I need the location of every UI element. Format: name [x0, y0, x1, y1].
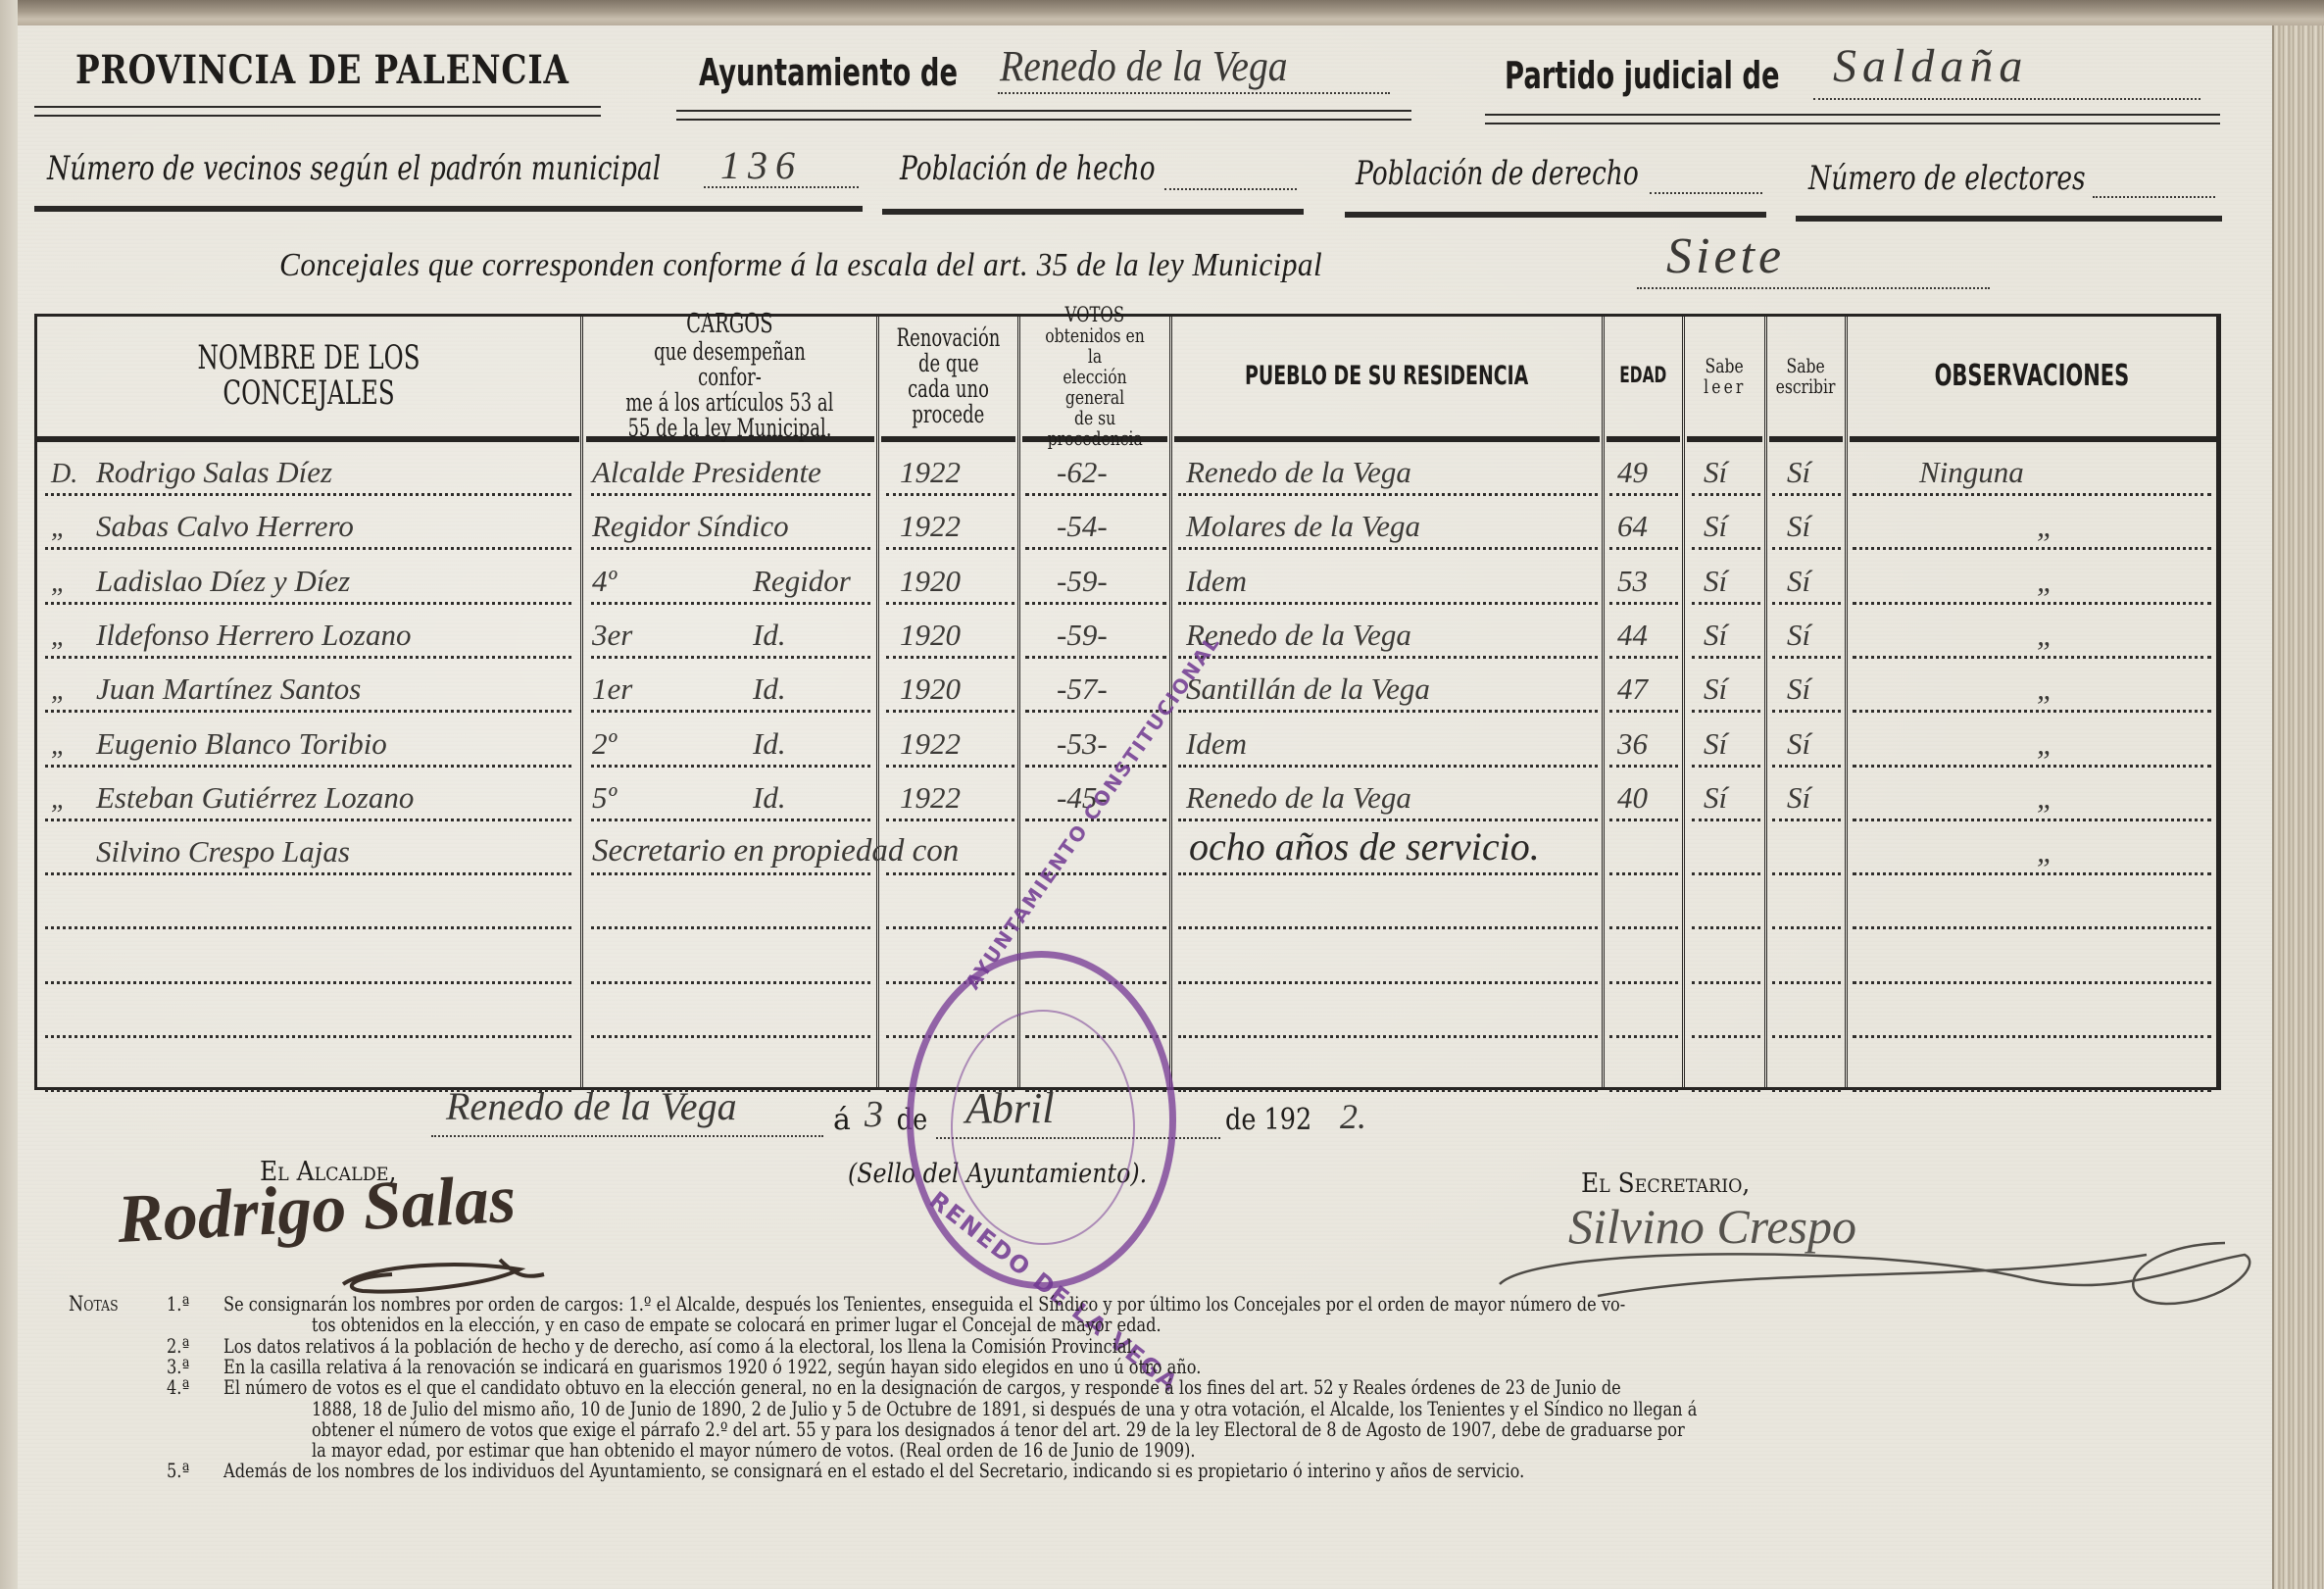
votos-line: VOTOS: [1065, 304, 1125, 325]
cell-leer[interactable]: Sí: [1704, 726, 1727, 762]
date-year-digit[interactable]: 2.: [1340, 1096, 1366, 1137]
cell-escribir[interactable]: Sí: [1787, 618, 1810, 653]
province-title: PROVINCIA DE PALENCIA: [75, 47, 569, 93]
line2-rule-1: [34, 206, 863, 212]
col-header-cargos: CARGOS que desempeñan confor- me á los a…: [583, 317, 876, 436]
ayuntamiento-rule: [676, 110, 1411, 121]
ayuntamiento-value[interactable]: Renedo de la Vega: [1000, 41, 1288, 91]
cell-prefix[interactable]: „: [51, 513, 67, 544]
book-top-edge: [0, 0, 2324, 25]
note-number: 1.ª: [167, 1294, 189, 1315]
table-row: Silvino Crespo LajasSecretario en propie…: [37, 821, 2216, 875]
cell-nombre[interactable]: Silvino Crespo Lajas: [96, 834, 350, 869]
cell-renovacion[interactable]: 1922: [900, 509, 961, 544]
cell-leer[interactable]: Sí: [1704, 671, 1727, 707]
cell-nombre[interactable]: Juan Martínez Santos: [96, 671, 361, 707]
cell-prefix[interactable]: „: [51, 730, 67, 762]
poblacion-hecho-label: Población de hecho: [900, 149, 1156, 188]
votos-line: obtenidos en la: [1037, 325, 1154, 367]
line2-rule-4: [1796, 216, 2222, 222]
cell-edad[interactable]: 36: [1617, 726, 1648, 762]
table-row-empty: [37, 930, 2216, 984]
edad-label: EDAD: [1619, 365, 1666, 387]
stamp-inner-ring: [951, 1010, 1135, 1245]
pueblo-label: PUEBLO DE SU RESIDENCIA: [1245, 363, 1528, 390]
leer-line: leer: [1704, 376, 1746, 397]
secretario-label: El Secretario,: [1581, 1168, 1750, 1199]
leer-line: Sabe: [1706, 356, 1744, 376]
cell-cargo-a[interactable]: Regidor Síndico: [592, 509, 789, 544]
votos-line: elección general: [1037, 367, 1154, 408]
line2-rule-2: [882, 209, 1304, 215]
cell-prefix[interactable]: „: [51, 621, 67, 653]
vecinos-field-line: [704, 186, 859, 188]
cell-leer[interactable]: Sí: [1704, 564, 1727, 599]
cell-leer[interactable]: Sí: [1704, 780, 1727, 816]
cell-edad[interactable]: 47: [1617, 671, 1648, 707]
note-number: 4.ª: [167, 1377, 189, 1398]
cell-nombre[interactable]: Ladislao Díez y Díez: [96, 564, 350, 599]
row-rule: [1609, 1089, 1678, 1092]
cell-prefix[interactable]: „: [51, 784, 67, 816]
note-text-line: la mayor edad, por estimar que han obten…: [312, 1440, 1196, 1461]
cell-escribir[interactable]: Sí: [1787, 564, 1810, 599]
cell-votos[interactable]: -57-: [1057, 671, 1108, 707]
note-text-line: Además de los nombres de los individuos …: [223, 1461, 1524, 1481]
cell-cargo-a[interactable]: 4º: [592, 564, 617, 599]
note-text-line: obtener el número de votos que exige el …: [312, 1419, 1685, 1440]
cell-votos[interactable]: -59-: [1057, 564, 1108, 599]
cell-pueblo[interactable]: Renedo de la Vega: [1186, 455, 1411, 490]
cell-obs[interactable]: „: [2037, 564, 2053, 599]
cell-cargo-b[interactable]: Id.: [753, 780, 786, 816]
cell-nombre[interactable]: Eugenio Blanco Toribio: [96, 726, 387, 762]
note-text-line: 1888, 18 de Julio del mismo año, 10 de J…: [312, 1399, 1697, 1419]
cell-cargo-a[interactable]: 2º: [592, 726, 617, 762]
notes-label: Notas: [69, 1294, 119, 1315]
cell-prefix[interactable]: „: [51, 675, 67, 707]
cell-leer[interactable]: Sí: [1704, 618, 1727, 653]
col-header-observaciones: OBSERVACIONES: [1848, 317, 2216, 436]
cell-votos[interactable]: -54-: [1057, 509, 1108, 544]
cell-pueblo[interactable]: Idem: [1186, 564, 1247, 599]
cell-pueblo[interactable]: Santillán de la Vega: [1186, 671, 1430, 707]
col-header-renovacion: Renovación de que cada uno procede: [879, 317, 1017, 436]
electores-field[interactable]: [2093, 196, 2215, 198]
cell-edad[interactable]: 44: [1617, 618, 1648, 653]
cell-leer[interactable]: Sí: [1704, 509, 1727, 544]
concejales-label: Concejales que corresponden conforme á l…: [279, 247, 1322, 284]
cell-obs[interactable]: „: [2037, 618, 2053, 653]
col-header-pueblo: PUEBLO DE SU RESIDENCIA: [1172, 317, 1602, 436]
row-rule: [1178, 1089, 1598, 1092]
poblacion-derecho-label: Población de derecho: [1356, 154, 1639, 193]
partido-label: Partido judicial de: [1505, 54, 1780, 97]
cell-escribir[interactable]: Sí: [1787, 726, 1810, 762]
escribir-line: Sabe: [1787, 356, 1825, 376]
cargos-sub: me á los artículos 53 al: [625, 390, 833, 416]
col-header-escribir: Sabe escribir: [1767, 317, 1845, 436]
cell-cargo-a[interactable]: Alcalde Presidente: [592, 455, 821, 490]
line2-rule-3: [1345, 212, 1766, 218]
renov-line: procede: [913, 402, 985, 427]
table-row: „Ladislao Díez y Díez4ºRegidor1920-59-Id…: [37, 551, 2216, 605]
poblacion-hecho-field[interactable]: [1164, 188, 1297, 190]
cargos-sub: que desempeñan confor-: [624, 339, 835, 391]
date-year-prefix: de 192: [1225, 1103, 1311, 1137]
cell-obs[interactable]: „: [2037, 726, 2053, 762]
cell-votos[interactable]: -62-: [1057, 455, 1108, 490]
date-day[interactable]: 3: [865, 1093, 883, 1136]
partido-value[interactable]: Saldaña: [1833, 39, 2028, 93]
cell-cargo-b[interactable]: Regidor: [753, 564, 851, 599]
cell-prefix[interactable]: „: [51, 568, 67, 599]
book-gutter: [0, 0, 18, 1589]
cell-escribir[interactable]: Sí: [1787, 671, 1810, 707]
cell-obs[interactable]: „: [2037, 834, 2053, 869]
cell-pueblo[interactable]: Renedo de la Vega: [1186, 780, 1411, 816]
cell-obs[interactable]: „: [2037, 780, 2053, 816]
note-text-line: tos obtenidos en la elección, y en caso …: [312, 1315, 1162, 1335]
col-header-votos: VOTOS obtenidos en la elección general d…: [1020, 317, 1169, 436]
cell-cargo-a[interactable]: 1er: [592, 671, 632, 707]
date-place-line: [431, 1135, 823, 1137]
cell-nombre[interactable]: Esteban Gutiérrez Lozano: [96, 780, 414, 816]
cell-renovacion[interactable]: 1920: [900, 618, 961, 653]
note-text-line: El número de votos es el que el candidat…: [223, 1377, 1621, 1398]
cell-cargo-a[interactable]: 5º: [592, 780, 617, 816]
col-header-edad: EDAD: [1605, 317, 1682, 436]
cell-renovacion[interactable]: 1922: [900, 780, 961, 816]
renov-line: Renovación: [897, 325, 1001, 351]
cell-renovacion[interactable]: 1920: [900, 671, 961, 707]
col-header-nombre: NOMBRE DE LOS CONCEJALES: [37, 317, 580, 436]
cell-cargo-a[interactable]: Secretario en propiedad con: [592, 833, 959, 869]
note-number: 2.ª: [167, 1336, 189, 1357]
partido-field-line: [1813, 98, 2200, 100]
cell-edad[interactable]: 49: [1617, 455, 1648, 490]
book-page-edges: [2272, 25, 2324, 1589]
cell-pueblo[interactable]: Idem: [1186, 726, 1247, 762]
poblacion-derecho-field[interactable]: [1650, 192, 1762, 194]
cell-pueblo[interactable]: ocho años de servicio.: [1189, 823, 1540, 869]
cell-edad[interactable]: 64: [1617, 509, 1648, 544]
cell-edad[interactable]: 53: [1617, 564, 1648, 599]
col-header-leer: Sabe leer: [1685, 317, 1764, 436]
cell-escribir[interactable]: Sí: [1787, 509, 1810, 544]
cell-votos[interactable]: -53-: [1057, 726, 1108, 762]
row-rule: [1853, 1089, 2211, 1092]
cell-renovacion[interactable]: 1920: [900, 564, 961, 599]
cell-obs[interactable]: Ninguna: [1919, 455, 2024, 490]
escribir-line: escribir: [1776, 376, 1836, 397]
cell-cargo-b[interactable]: Id.: [753, 726, 786, 762]
note-text-line: Los datos relativos á la población de he…: [223, 1336, 1137, 1357]
note-text-line: En la casilla relativa á la renovación s…: [223, 1357, 1201, 1377]
row-rule: [1692, 1089, 1760, 1092]
vecinos-label: Número de vecinos según el padrón munici…: [47, 149, 661, 188]
cell-pueblo[interactable]: Molares de la Vega: [1186, 509, 1420, 544]
observaciones-label: OBSERVACIONES: [1935, 361, 2130, 392]
partido-rule: [1485, 114, 2220, 124]
ayuntamiento-field-line: [998, 92, 1390, 94]
cell-obs[interactable]: „: [2037, 671, 2053, 707]
ayuntamiento-label: Ayuntamiento de: [699, 51, 958, 94]
table-row: „Sabas Calvo HerreroRegidor Síndico1922-…: [37, 496, 2216, 550]
note-number: 5.ª: [167, 1461, 189, 1481]
concejales-table: NOMBRE DE LOS CONCEJALES CARGOS que dese…: [34, 314, 2221, 1090]
cell-escribir[interactable]: Sí: [1787, 780, 1810, 816]
renov-line: cada uno: [908, 376, 989, 402]
date-place[interactable]: Renedo de la Vega: [446, 1083, 737, 1129]
cell-prefix[interactable]: D.: [51, 459, 77, 490]
table-row: „Ildefonso Herrero Lozano3erId.1920-59-R…: [37, 605, 2216, 659]
row-rule: [1772, 1089, 1841, 1092]
cell-votos[interactable]: -59-: [1057, 618, 1108, 653]
vecinos-value[interactable]: 136: [720, 142, 803, 188]
cell-edad[interactable]: 40: [1617, 780, 1648, 816]
cell-cargo-b[interactable]: Id.: [753, 671, 786, 707]
note-text-line: Se consignarán los nombres por orden de …: [223, 1294, 1625, 1315]
concejales-value[interactable]: Siete: [1666, 227, 1785, 285]
cargos-sub: 55 de la ley Municipal.: [628, 416, 832, 441]
title-rule: [34, 106, 601, 117]
cell-cargo-b[interactable]: Id.: [753, 618, 786, 653]
cargos-title: CARGOS: [686, 311, 772, 338]
date-a: á: [833, 1103, 851, 1137]
cell-leer[interactable]: Sí: [1704, 455, 1727, 490]
col-header-nombre-label: NOMBRE DE LOS CONCEJALES: [114, 341, 505, 411]
note-number: 3.ª: [167, 1357, 189, 1377]
cell-renovacion[interactable]: 1922: [900, 726, 961, 762]
table-row: „Juan Martínez Santos1erId.1920-57-Santi…: [37, 659, 2216, 713]
concejales-field-line: [1637, 287, 1990, 289]
table-row-empty: [37, 875, 2216, 929]
votos-line: de su: [1074, 408, 1115, 428]
cell-nombre[interactable]: Ildefonso Herrero Lozano: [96, 618, 411, 653]
renov-line: de que: [918, 351, 979, 376]
cell-renovacion[interactable]: 1922: [900, 455, 961, 490]
table-row: D.Rodrigo Salas DíezAlcalde Presidente19…: [37, 442, 2216, 496]
electores-label: Número de electores: [1808, 159, 2086, 198]
cell-obs[interactable]: „: [2037, 509, 2053, 544]
cell-nombre[interactable]: Rodrigo Salas Díez: [96, 455, 332, 490]
cell-escribir[interactable]: Sí: [1787, 455, 1810, 490]
cell-nombre[interactable]: Sabas Calvo Herrero: [96, 509, 354, 544]
alcalde-rubric-icon: [333, 1240, 559, 1299]
cell-cargo-a[interactable]: 3er: [592, 618, 632, 653]
